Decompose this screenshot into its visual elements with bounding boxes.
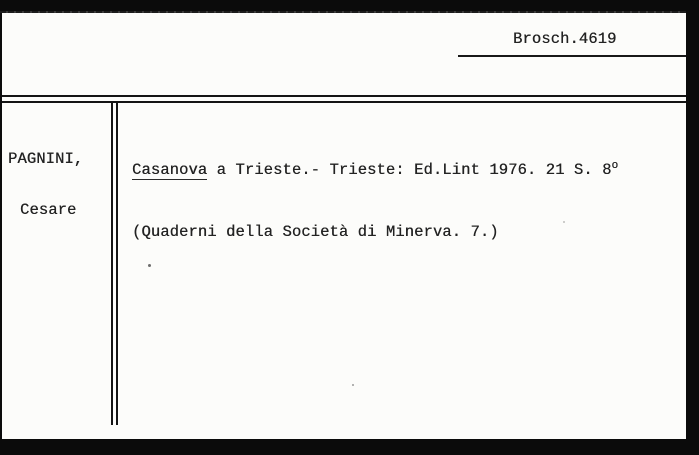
entry-text: Casanova a Trieste.- Trieste: Ed.Lint 19…: [132, 115, 618, 283]
author-column: PAGNINI, Cesare: [8, 117, 83, 253]
noise-speck: [352, 384, 354, 386]
format-superscript: o: [611, 160, 618, 172]
catalog-card: Brosch.4619 PAGNINI, Cesare Casanova a T…: [2, 13, 686, 439]
call-number-underline: [458, 55, 686, 57]
entry-title-line: Casanova a Trieste.- Trieste: Ed.Lint 19…: [132, 156, 618, 181]
title-underlined: Casanova: [132, 161, 207, 180]
noise-speck: [148, 264, 151, 267]
column-divider-double-rule: [111, 101, 118, 425]
noise-speck: [563, 221, 565, 223]
author-firstname: Cesare: [20, 202, 83, 219]
call-number: Brosch.4619: [513, 31, 616, 47]
series-line: (Quaderni della Società di Minerva. 7.): [132, 222, 618, 243]
title-rest: a Trieste.- Trieste: Ed.Lint 1976. 21 S.…: [207, 161, 611, 179]
author-surname: PAGNINI,: [8, 151, 83, 168]
scanned-catalog-card-page: Brosch.4619 PAGNINI, Cesare Casanova a T…: [0, 0, 699, 455]
header-double-rule: [2, 95, 686, 103]
